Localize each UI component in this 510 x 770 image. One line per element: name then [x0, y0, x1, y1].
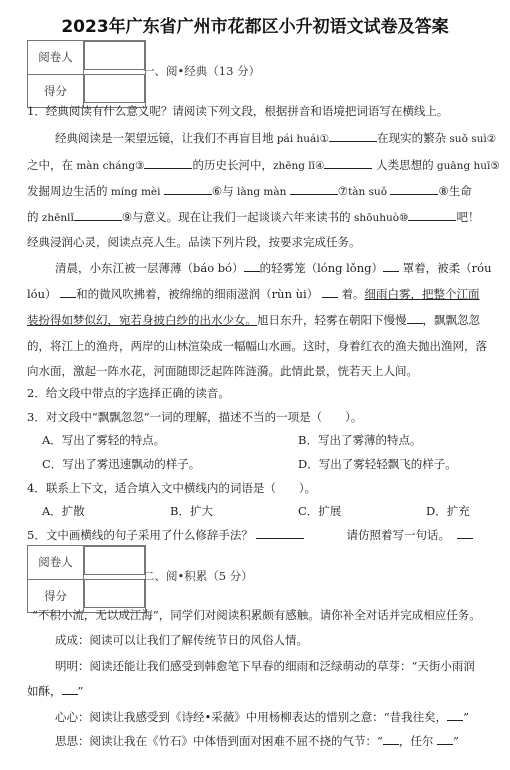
section2-intro: “不积小流，无以成江海”，同学们对阅读积累颇有感触。请你补全对话并完成相应任务。 [32, 607, 481, 623]
reviewer-field[interactable] [84, 546, 145, 575]
answer-blank-3[interactable] [144, 158, 192, 169]
answer-blank-7[interactable] [290, 184, 338, 195]
section1-heading-lead: 一 [143, 64, 155, 78]
q1-line4: 的 zhēnlǐ⑨与意义。现在让我们一起谈谈六年来读书的 shōuhuò⑩吧！ [27, 209, 479, 225]
document-title: 2023年广东省广州市花都区小升初语文试卷及答案 [0, 12, 510, 37]
poem-blank-3[interactable] [383, 734, 399, 745]
underlined-sentence-part2: 装扮得如梦似幻，宛若身披白纱的出水少女。 [27, 313, 257, 327]
passage-line3: 装扮得如梦似幻，宛若身披白纱的出水少女。旭日东升，轻雾在朝阳下慢慢，飘飘忽忽 [27, 312, 480, 328]
q1-line1: 经典阅读是一架望远镜，让我们不再盲目地 pái huái①在现实的繁杂 suǒ … [55, 130, 496, 146]
dialogue-mingming: 明明：阅读还能让我们感受到韩愈笔下早春的细雨和泛绿萌动的草芽：“天街小雨润 [55, 658, 475, 674]
passage-line4: 的，将江上的渔舟，两岸的山林渲染成一幅幅山水画。这时，身着红衣的渔夫抛出渔网，落 [27, 338, 487, 354]
score-box-section2: 阅卷人 得分 [27, 545, 146, 613]
score-field[interactable] [84, 74, 145, 103]
q4-option-d[interactable]: D．扩充 [426, 503, 470, 519]
underlined-sentence-part1: 细雨白雾，把整个江面 [365, 287, 480, 301]
q3-option-d[interactable]: D．写出了雾轻轻飘飞的样子。 [298, 456, 457, 472]
reviewer-label: 阅卷人 [28, 546, 84, 580]
q3-option-a[interactable]: A．写出了雾轻的特点。 [42, 432, 165, 448]
q4-option-c[interactable]: C．扩展 [298, 503, 341, 519]
poem-blank-4[interactable] [437, 734, 453, 745]
q5-answer-blank-2[interactable] [457, 528, 473, 539]
passage-line5: 向水面，激起一阵水花，河面随即泛起阵阵涟漪。此情此景，恍若天上人间。 [27, 363, 418, 379]
q5-stem: 5．文中画横线的句子采用了什么修辞手法？ 请仿照着写一句话。 [27, 527, 473, 543]
q1-stem: 1．经典阅读有什么意义呢？请阅读下列文段，根据拼音和语境把词语写在横线上。 [27, 103, 448, 119]
answer-blank-8[interactable] [390, 184, 438, 195]
reviewer-field[interactable] [84, 41, 145, 70]
dialogue-mingming-cont: 如酥，” [27, 683, 83, 699]
passage-blank-1[interactable] [244, 261, 260, 272]
score-field[interactable] [84, 579, 145, 608]
q4-option-b[interactable]: B．扩大 [170, 503, 213, 519]
answer-blank-10[interactable] [408, 210, 456, 221]
q3-option-c[interactable]: C．写出了雾迅速飘动的样子。 [42, 456, 200, 472]
q4-option-a[interactable]: A．扩散 [42, 503, 85, 519]
dialogue-xinxin: 心心：阅读让我感受到《诗经•采薇》中用杨柳表达的惜别之意：“昔我往矣，” [55, 709, 469, 725]
reviewer-label: 阅卷人 [28, 41, 84, 75]
q1-line2: 之中，在 màn cháng③的历史长河中，zhēng lī④ 人类思想的 gu… [27, 157, 500, 173]
q4-stem: 4．联系上下文，适合填入文中横线内的词语是（ ）。 [27, 480, 316, 496]
passage-line1: 清晨，小东江被一层薄薄（báo bó）的轻雾笼（lóng lǒng） 罩着，被柔… [55, 260, 491, 276]
passage-blank-4[interactable] [322, 287, 338, 298]
score-box-section1: 阅卷人 得分 [27, 40, 146, 108]
answer-blank-9[interactable] [74, 210, 122, 221]
section1-heading: 一、阅•经典（13 分） [143, 63, 260, 79]
answer-blank-1[interactable] [329, 131, 377, 142]
q3-stem: 3．对文段中“飘飘忽忽”一词的理解，描述不当的一项是（ ）。 [27, 409, 362, 425]
q5-answer-blank-1[interactable] [256, 528, 304, 539]
answer-blank-4[interactable] [324, 158, 372, 169]
q3-option-b[interactable]: B．写出了雾薄的特点。 [298, 432, 421, 448]
poem-blank-1[interactable] [62, 684, 78, 695]
dialogue-chengcheng: 成成：阅读可以让我们了解传统节日的风俗人情。 [55, 632, 308, 648]
answer-blank-6[interactable] [164, 184, 212, 195]
reading-intro: 经典浸润心灵，阅读点亮人生。品读下列片段，按要求完成任务。 [27, 234, 361, 250]
passage-blank-3[interactable] [60, 287, 76, 298]
section2-heading-lead: 二 [143, 569, 155, 583]
passage-blank-5[interactable] [407, 313, 423, 324]
passage-line2: lóu） 和的微风吹拂着，被绵绵的细雨滋润（rùn ùi） 着。细雨白雾，把整个… [27, 286, 480, 302]
q1-line3: 发掘周边生活的 míng mèi ⑥与 làng màn ⑦tàn suǒ ⑧生… [27, 183, 472, 199]
passage-blank-2[interactable] [383, 261, 399, 272]
section2-heading: 二、阅•积累（5 分） [143, 568, 253, 584]
dialogue-sisi: 思思：阅读让我在《竹石》中体悟到面对困难不屈不挠的气节：“，任尔 ” [55, 733, 459, 749]
poem-blank-2[interactable] [447, 710, 463, 721]
q2-stem: 2．给文段中带点的字选择正确的读音。 [27, 385, 230, 401]
